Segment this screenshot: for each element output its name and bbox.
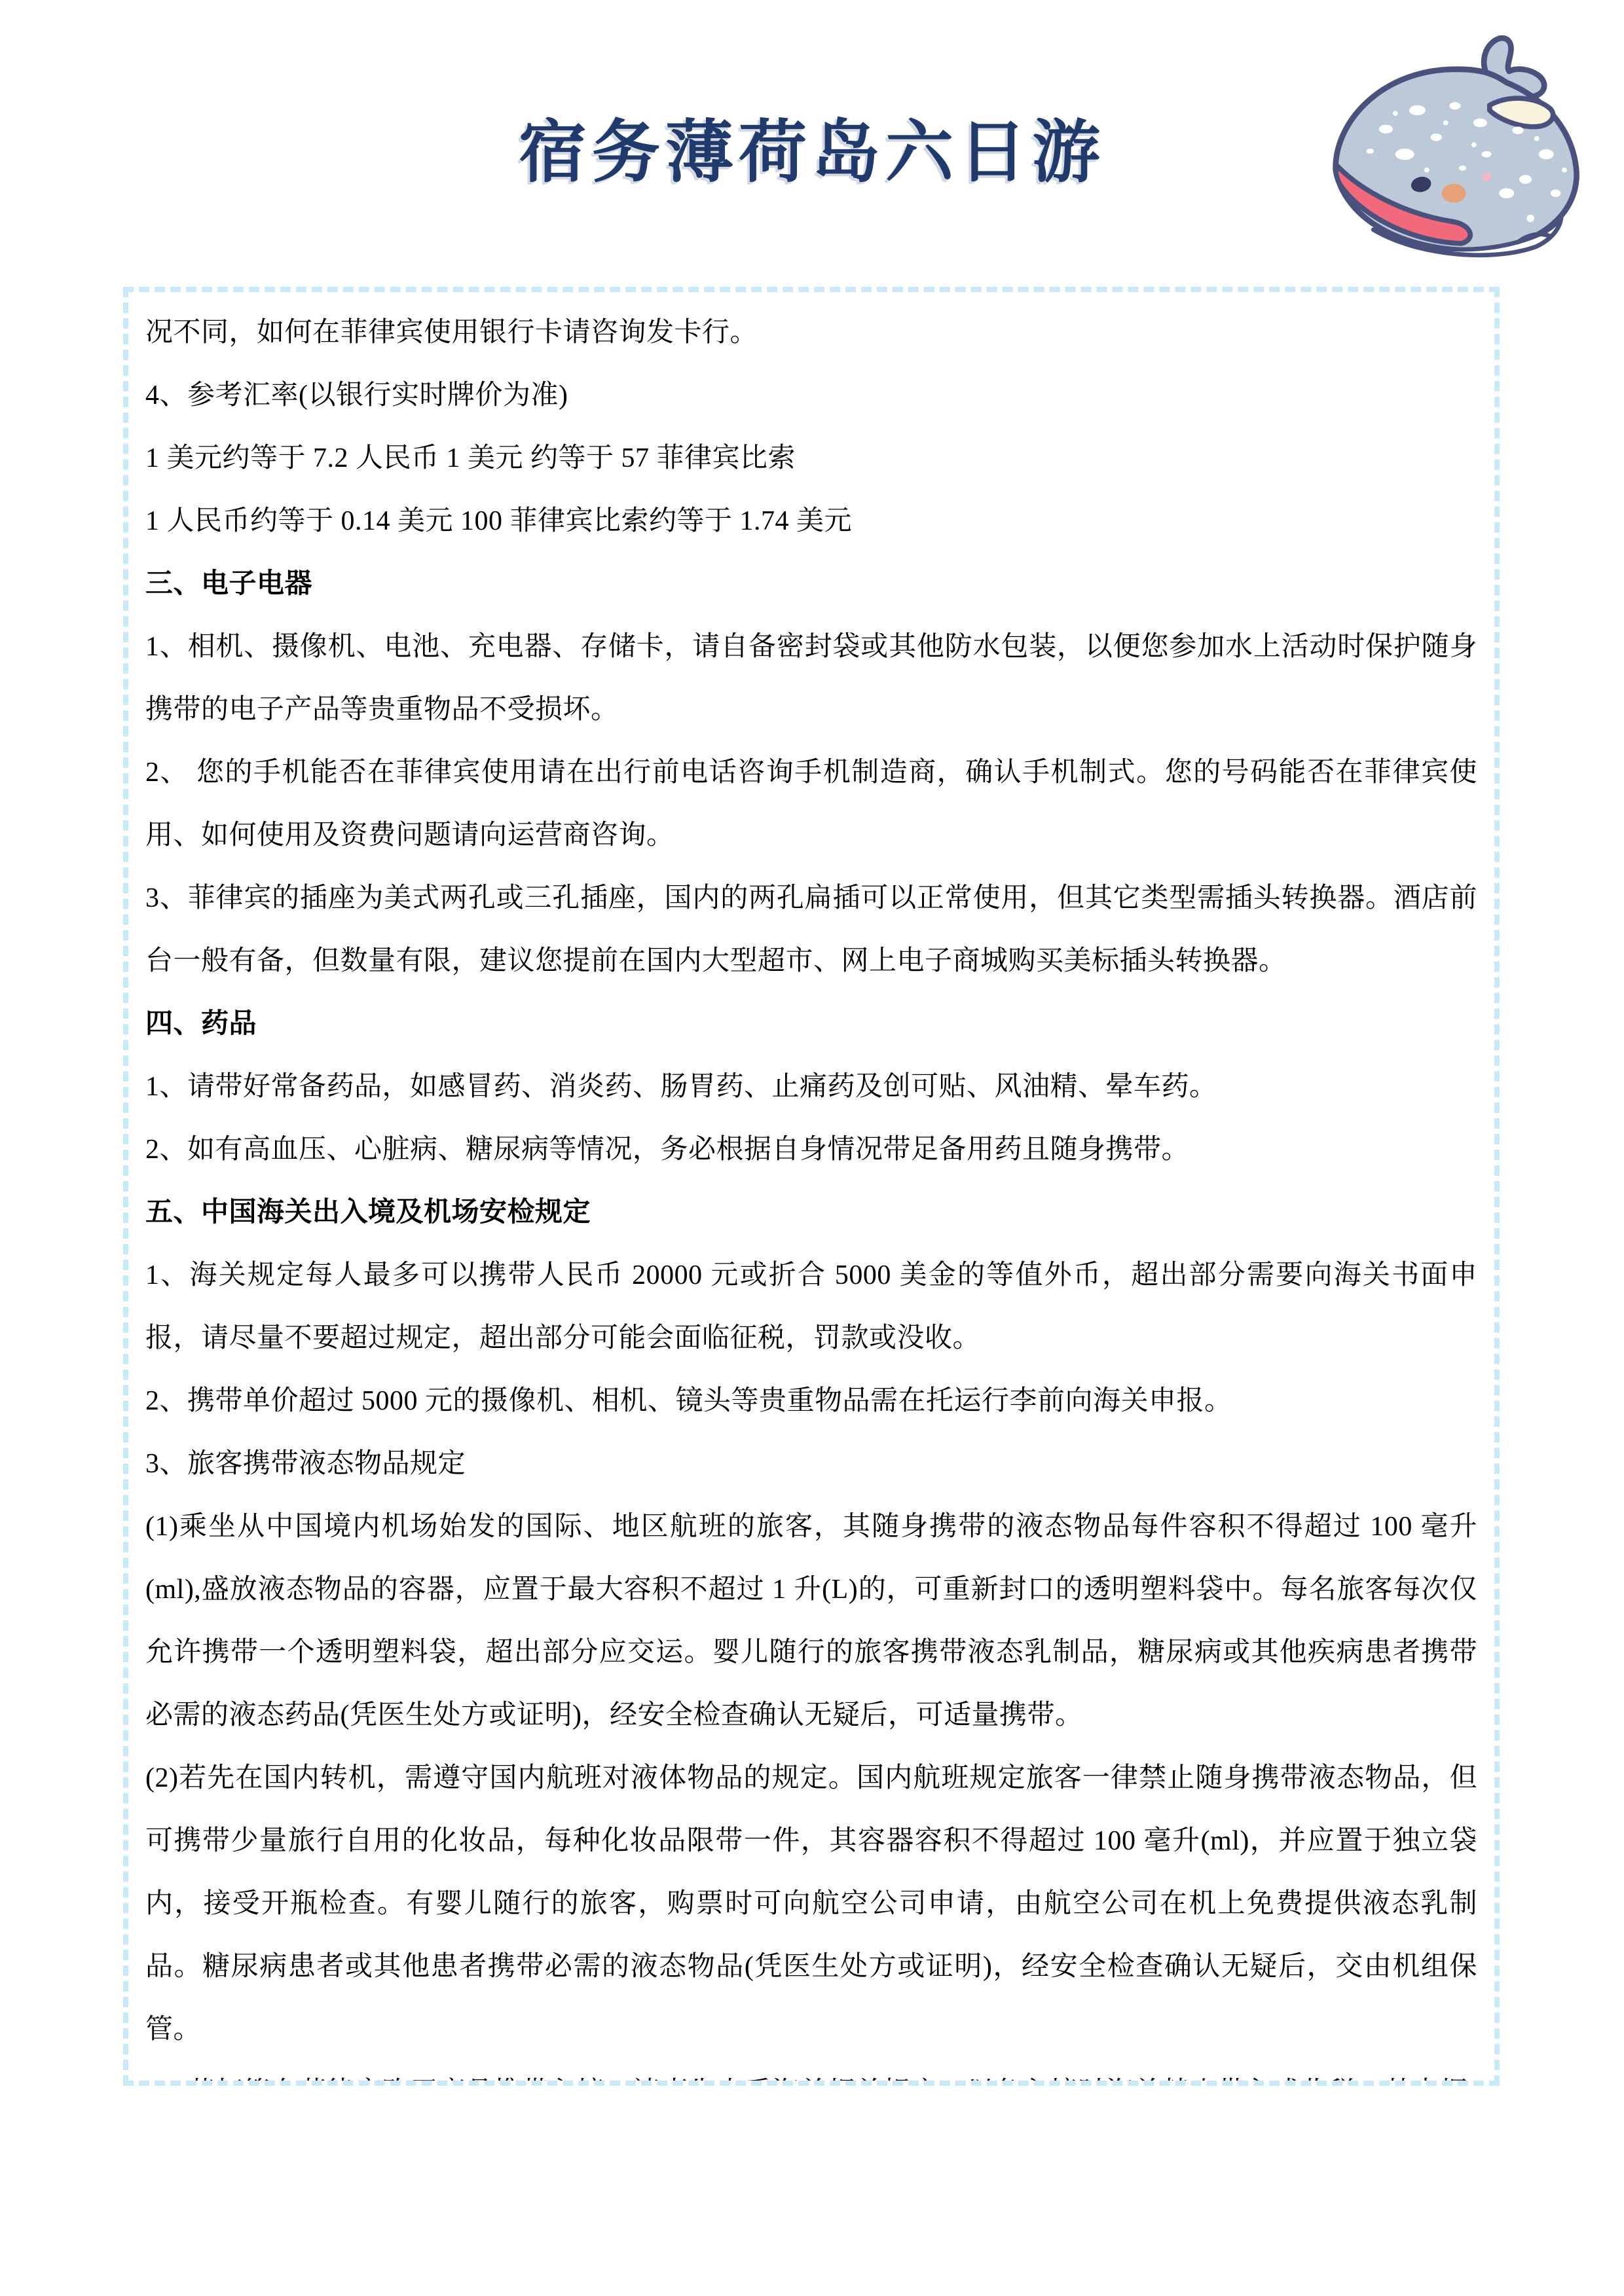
paragraph: 2、携带单价超过 5000 元的摄像机、相机、镜头等贵重物品需在托运行李前向海关… <box>145 1370 1477 1432</box>
paragraph: 3、旅客携带液态物品规定 <box>145 1432 1477 1495</box>
whale-shark-icon <box>1329 34 1581 262</box>
paragraph: 1、相机、摄像机、电池、充电器、存储卡，请自备密封袋或其他防水包装，以便您参加水… <box>145 615 1477 741</box>
paragraph: 1、海关规定每人最多可以携带人民币 20000 元或折合 5000 美金的等值外… <box>145 1244 1477 1370</box>
paragraph: 4、参考汇率(以银行实时牌价为准) <box>145 364 1477 427</box>
section-heading: 三、电子电器 <box>145 553 1477 615</box>
content-box: 况不同，如何在菲律宾使用银行卡请咨询发卡行。4、参考汇率(以银行实时牌价为准)1… <box>123 287 1500 2086</box>
paragraph: 况不同，如何在菲律宾使用银行卡请咨询发卡行。 <box>145 301 1477 364</box>
paragraph: 2、如有高血压、心脏病、糖尿病等情况，务必根据自身情况带足备用药且随身携带。 <box>145 1118 1477 1181</box>
paragraph: 1 美元约等于 7.2 人民币 1 美元 约等于 57 菲律宾比索 <box>145 427 1477 490</box>
paragraph: 3、菲律宾的插座为美式两孔或三孔插座，国内的两孔扁插可以正常使用，但其它类型需插… <box>145 867 1477 993</box>
paragraph: 1 人民币约等于 0.14 美元 100 菲律宾比索约等于 1.74 美元 <box>145 490 1477 553</box>
document-page: 宿务薄荷岛六日游 <box>0 0 1624 2296</box>
paragraph: (2)若先在国内转机，需遵守国内航班对液体物品的规定。国内航班规定旅客一律禁止随… <box>145 1747 1477 2061</box>
section-heading: 五、中国海关出入境及机场安检规定 <box>145 1181 1477 1244</box>
paragraph: 4、若打算在菲律宾购买商品携带入境，请事先查看海关相关规定，以免入境时海关禁止带… <box>145 2061 1477 2086</box>
paragraph: 1、请带好常备药品，如感冒药、消炎药、肠胃药、止痛药及创可贴、风油精、晕车药。 <box>145 1055 1477 1118</box>
section-heading: 四、药品 <box>145 993 1477 1055</box>
paragraph: (1)乘坐从中国境内机场始发的国际、地区航班的旅客，其随身携带的液态物品每件容积… <box>145 1495 1477 1747</box>
paragraph: 2、 您的手机能否在菲律宾使用请在出行前电话咨询手机制造商，确认手机制式。您的号… <box>145 741 1477 867</box>
